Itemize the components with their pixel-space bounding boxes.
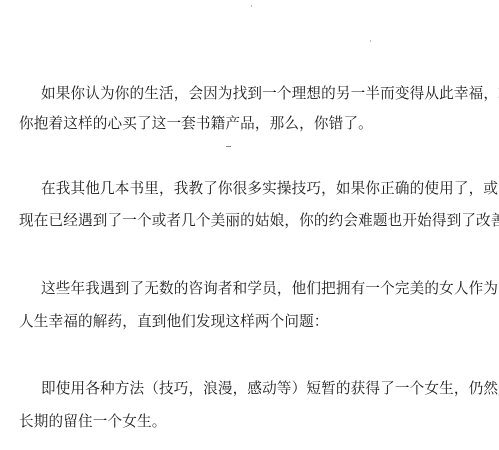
scan-speck [370, 40, 371, 42]
paragraph-3-line-2: 人生幸福的解药，直到他们发现这样两个问题： [19, 314, 329, 330]
paragraph-1-line-1: 如果你认为你的生活，会因为找到一个理想的另一半而变得从此幸福，或者 [41, 86, 499, 102]
scan-mark [226, 146, 231, 147]
paragraph-3-line-1: 这些年我遇到了无数的咨询者和学员，他们把拥有一个完美的女人作为自己 [41, 281, 499, 297]
scan-speck [251, 5, 252, 7]
paragraph-4-line-1: 即使用各种方法（技巧，浪漫，感动等）短暂的获得了一个女生，仍然无法 [41, 381, 499, 397]
paragraph-2-line-1: 在我其他几本书里，我教了你很多实操技巧，如果你正确的使用了，或许你 [41, 181, 499, 197]
scanned-page: 如果你认为你的生活，会因为找到一个理想的另一半而变得从此幸福，或者 你抱着这样的… [0, 0, 499, 450]
paragraph-4-line-2: 长期的留住一个女生。 [19, 414, 166, 430]
paragraph-1-line-2: 你抱着这样的心买了这一套书籍产品，那么，你错了。 [19, 116, 373, 132]
paragraph-2-line-2: 现在已经遇到了一个或者几个美丽的姑娘，你的约会难题也开始得到了改善。 [19, 213, 499, 229]
